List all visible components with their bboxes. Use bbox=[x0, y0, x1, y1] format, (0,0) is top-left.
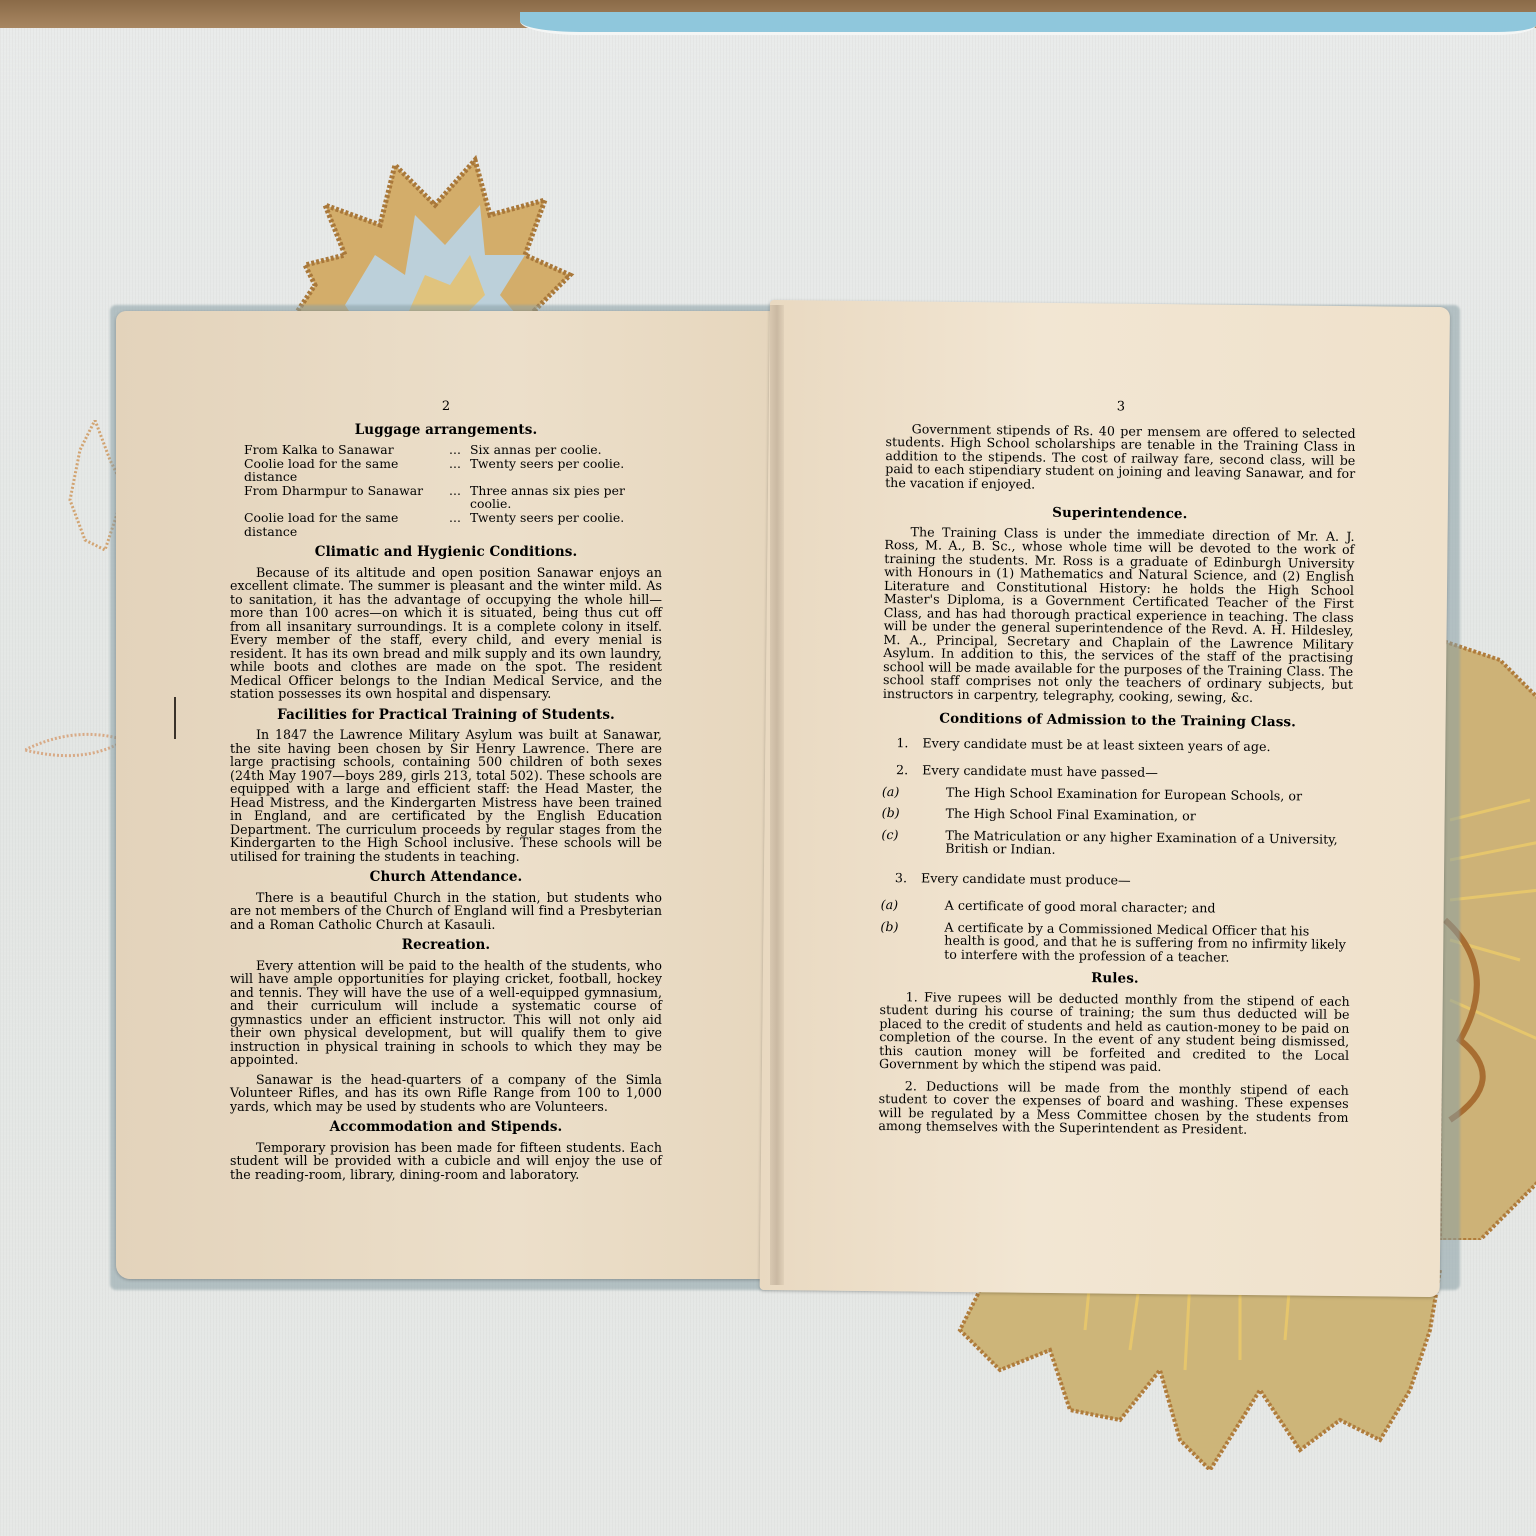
rule-paragraph: 2. Deductions will be made from the mont… bbox=[878, 1078, 1349, 1137]
paragraph: Sanawar is the head-quarters of a compan… bbox=[230, 1073, 662, 1114]
rate-cell: Three annas six pies per coolie. bbox=[470, 484, 662, 511]
paragraph: The Training Class is under the immediat… bbox=[883, 524, 1355, 704]
separator-cell: ... bbox=[440, 457, 470, 484]
table-row: Coolie load for the same distance ... Tw… bbox=[230, 511, 662, 538]
section-heading-rules: Rules. bbox=[880, 970, 1350, 988]
rule-paragraph: 1. Five rupees will be deducted monthly … bbox=[879, 989, 1350, 1075]
admission-conditions-list: 1. Every candidate must be at least sixt… bbox=[880, 735, 1352, 964]
list-text: Every candidate must have passed— bbox=[922, 762, 1158, 779]
route-cell: Coolie load for the same distance bbox=[230, 511, 440, 538]
section-heading-facilities: Facilities for Practical Training of Stu… bbox=[230, 709, 662, 723]
list-number: 3. bbox=[895, 871, 917, 885]
sub-text: The Matriculation or any higher Examinat… bbox=[915, 828, 1351, 860]
list-text: Every candidate must be at least sixteen… bbox=[922, 735, 1270, 754]
list-item: 2. Every candidate must have passed— bbox=[882, 763, 1352, 781]
paragraph: Government stipends of Rs. 40 per mensem… bbox=[885, 421, 1356, 493]
section-heading-luggage: Luggage arrangements. bbox=[230, 424, 662, 438]
paragraph: Every attention will be paid to the heal… bbox=[230, 959, 662, 1067]
sub-text: A certificate of good moral character; a… bbox=[915, 898, 1351, 916]
sub-item: (c) The Matriculation or any higher Exam… bbox=[881, 827, 1351, 859]
sub-item: (a) A certificate of good moral characte… bbox=[881, 898, 1351, 916]
section-heading-superintendence: Superintendence. bbox=[885, 505, 1355, 523]
sub-letter: (b) bbox=[880, 919, 898, 933]
sub-item: (a) The High School Examination for Euro… bbox=[882, 784, 1352, 802]
rate-cell: Six annas per coolie. bbox=[470, 443, 662, 457]
rate-cell: Twenty seers per coolie. bbox=[470, 457, 662, 484]
section-heading-recreation: Recreation. bbox=[230, 939, 662, 953]
route-cell: Coolie load for the same distance bbox=[230, 457, 440, 484]
list-text: Every candidate must produce— bbox=[921, 870, 1131, 887]
booklet-spine bbox=[770, 305, 784, 1285]
paragraph: Because of its altitude and open positio… bbox=[230, 566, 662, 701]
sub-letter: (a) bbox=[881, 898, 899, 912]
separator-cell: ... bbox=[440, 443, 470, 457]
route-cell: From Dharmpur to Sanawar bbox=[230, 484, 440, 511]
sub-letter: (a) bbox=[882, 784, 900, 798]
sub-item: (b) A certificate by a Commissioned Medi… bbox=[880, 919, 1350, 964]
paragraph: In 1847 the Lawrence Military Asylum was… bbox=[230, 728, 662, 863]
table-row: From Kalka to Sanawar ... Six annas per … bbox=[230, 443, 662, 457]
sub-text: The High School Final Examination, or bbox=[916, 806, 1352, 824]
sub-letter: (b) bbox=[882, 806, 900, 820]
sub-item: (b) The High School Final Examination, o… bbox=[882, 806, 1352, 824]
separator-cell: ... bbox=[440, 511, 470, 538]
section-heading-climate: Climatic and Hygienic Conditions. bbox=[230, 546, 662, 560]
cloth-blue-hem bbox=[520, 12, 1536, 35]
list-number: 2. bbox=[896, 763, 918, 777]
luggage-table: From Kalka to Sanawar ... Six annas per … bbox=[230, 443, 662, 538]
paragraph: Temporary provision has been made for fi… bbox=[230, 1141, 662, 1182]
left-page-text: 2 Luggage arrangements. From Kalka to Sa… bbox=[230, 400, 662, 1187]
page-number: 2 bbox=[230, 400, 662, 414]
pencil-margin-mark bbox=[174, 697, 176, 739]
sub-letter: (c) bbox=[881, 827, 898, 841]
sub-text: A certificate by a Commissioned Medical … bbox=[914, 920, 1350, 965]
section-heading-admission: Conditions of Admission to the Training … bbox=[883, 712, 1353, 730]
list-number: 1. bbox=[896, 736, 918, 750]
right-page-text: 3 Government stipends of Rs. 40 per mens… bbox=[878, 398, 1356, 1143]
route-cell: From Kalka to Sanawar bbox=[230, 443, 440, 457]
embroidered-flower-icon bbox=[940, 1270, 1460, 1470]
table-row: Coolie load for the same distance ... Tw… bbox=[230, 457, 662, 484]
table-row: From Dharmpur to Sanawar ... Three annas… bbox=[230, 484, 662, 511]
paragraph: There is a beautiful Church in the stati… bbox=[230, 891, 662, 932]
list-item: 1. Every candidate must be at least sixt… bbox=[882, 735, 1352, 753]
rate-cell: Twenty seers per coolie. bbox=[470, 511, 662, 538]
sub-text: The High School Examination for European… bbox=[916, 785, 1352, 803]
list-item: 3. Every candidate must produce— bbox=[881, 870, 1351, 888]
separator-cell: ... bbox=[440, 484, 470, 511]
section-heading-accommodation: Accommodation and Stipends. bbox=[230, 1121, 662, 1135]
section-heading-church: Church Attendance. bbox=[230, 871, 662, 885]
